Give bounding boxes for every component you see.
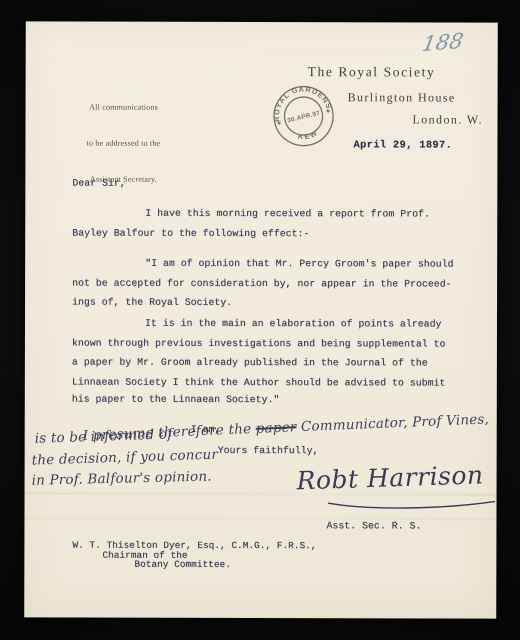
annotation-line-1-post: Communicator, Prof Vines, [296,411,489,435]
stamp-star-right-icon: ✶ [325,108,332,116]
signature-flourish-icon [324,497,499,511]
body-line-8: known through previous investigations an… [72,338,446,350]
letterhead-address-2: London. W. [413,112,483,127]
signer-title: Asst. Sec. R. S. [326,520,421,531]
stamp-star-left-icon: ✶ [276,120,283,128]
letterhead-address-1: Burlington House [348,90,456,105]
side-note-line-2: to be addressed to the [60,137,186,149]
kew-received-stamp-icon: ROYAL GARDENS KEW 30.APR.97 ✶ ✶ [256,69,350,163]
body-line-10: Linnaean Society I think the Author shou… [72,377,446,389]
folio-number: 188 [420,29,465,56]
body-line-6: ings of, the Royal Society. [72,297,232,308]
salutation: Dear Sir, [72,178,125,189]
body-line-4: "I am of opinion that Mr. Percy Groom's … [145,258,453,270]
annotation-line-3: the decision, if you concur [31,447,218,469]
side-note-line-1: All communications [61,101,187,113]
stamp-date-text: 30.APR.97 [287,110,321,125]
body-line-5: not be accepted for consideration by, no… [72,278,451,290]
letterhead-date: April 29, 1897. [353,139,452,151]
closing-valediction: Yours faithfully, [218,445,319,456]
letterhead-side-note: All communications to be addressed to th… [60,77,186,209]
body-line-7: It is in the main an elaboration of poin… [145,318,441,330]
paper-crease-line [25,492,497,495]
annotation-line-4: in Prof. Balfour's opinion. [31,469,211,489]
recipient-line-3: Botany Committee. [134,559,231,570]
body-line-2: I have this morning received a report fr… [145,208,430,220]
body-line-11: his paper to the Linnaean Society." [72,394,280,406]
body-line-3: Bayley Balfour to the following effect:- [72,228,309,240]
paper-crease-line-2 [24,517,496,520]
closing-i-am: I am, [191,424,221,435]
letter-paper: 188 All communications to be addressed t… [24,21,498,618]
signature: Robt Harrison [296,460,484,495]
annotation-struck-word: paper [255,419,296,437]
body-line-9: a paper by Mr. Groom already published i… [72,357,428,369]
